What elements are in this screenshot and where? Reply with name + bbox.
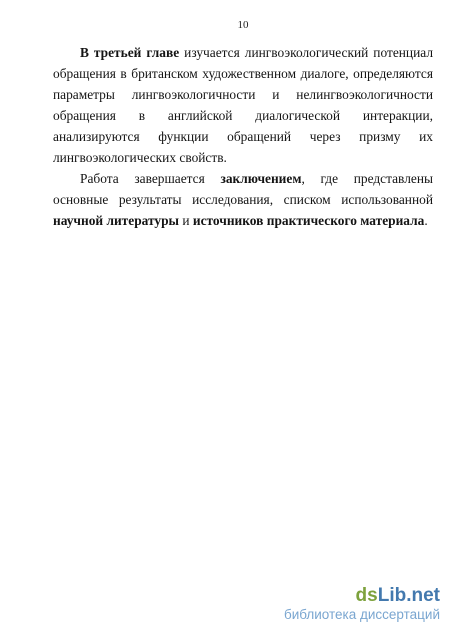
paragraph-run-bold: заключением — [220, 171, 301, 186]
dslib-logo-wordmark[interactable]: dsLib.net — [284, 586, 440, 606]
paragraph-run: Работа завершается — [80, 171, 220, 186]
paragraph-conclusion: Работа завершается заключением, где пред… — [53, 168, 433, 231]
paragraph-run: изучается лингвоэкологический потенциал … — [53, 45, 433, 165]
dslib-logo-subtitle: библиотека диссертаций — [284, 607, 440, 623]
paragraph-run: и — [179, 213, 193, 228]
dslib-logo-ds-part: ds — [356, 585, 378, 606]
dslib-logo[interactable]: dsLib.net библиотека диссертаций — [284, 586, 440, 623]
paragraph-run-bold: В третьей главе — [80, 45, 179, 60]
paragraph-run-bold: научной литературы — [53, 213, 179, 228]
paragraph-chapter-three: В третьей главе изучается лингвоэкологич… — [53, 42, 433, 168]
page-number: 10 — [53, 18, 433, 32]
paragraph-run: . — [424, 213, 427, 228]
dslib-logo-libnet-part: Lib.net — [378, 585, 440, 606]
document-page: 10 В третьей главе изучается лингвоэколо… — [53, 18, 433, 231]
paragraph-run-bold: источников практического материала — [193, 213, 424, 228]
